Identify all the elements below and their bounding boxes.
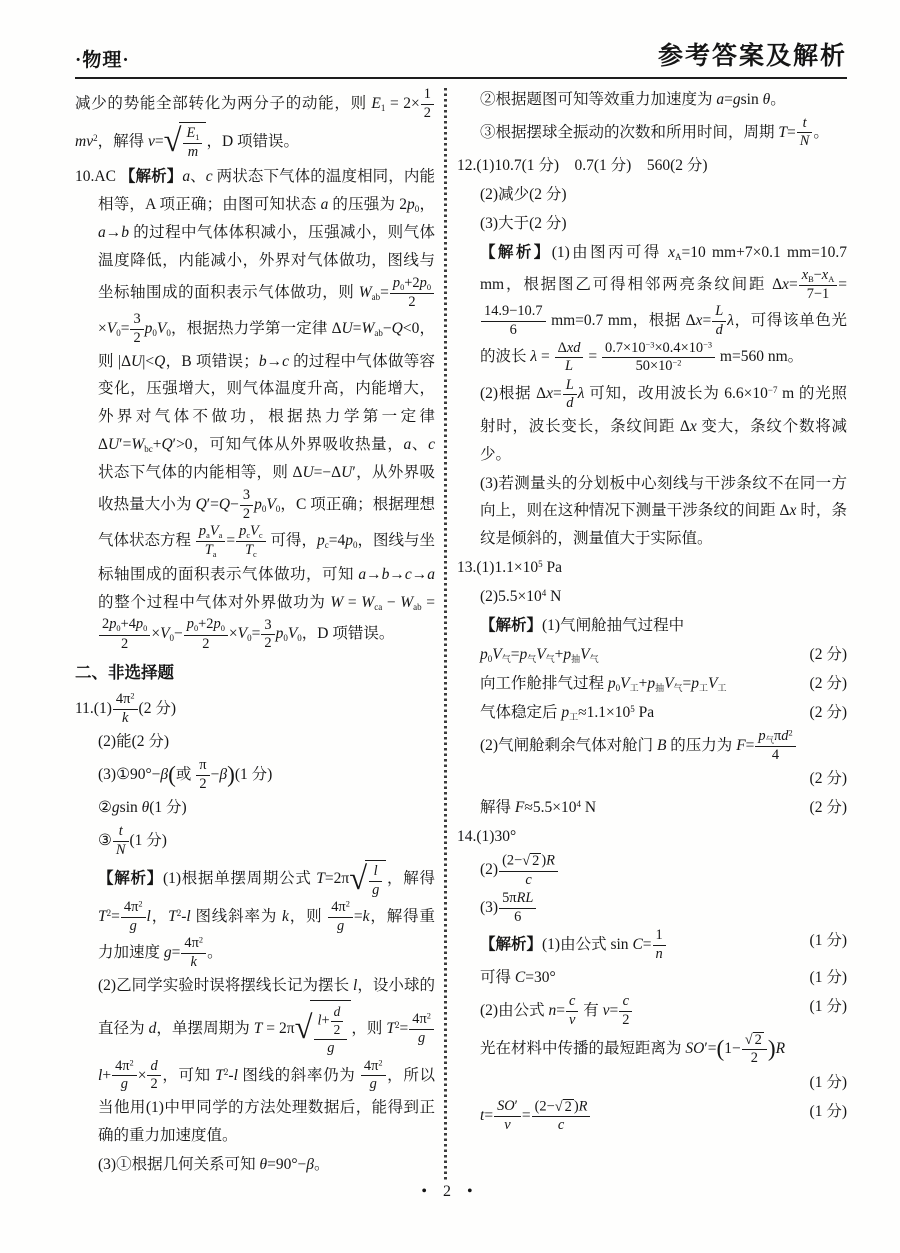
answer-sheet-page: ·物理· 参考答案及解析 减少的势能全部转化为两分子的动能，则 E1 = 2×1… xyxy=(0,0,900,1253)
section-heading: 二、非选择题 xyxy=(75,658,435,688)
text-run: (2)乙同学实验时误将摆线长记为摆长 l，设小球的直径为 d，单摆周期为 T =… xyxy=(98,977,435,1143)
paragraph: (1 分)【解析】(1)由公式 sin C=1n xyxy=(480,927,847,963)
right-column: ②根据题图可知等效重力加速度为 a=gsin θ。③根据摆球全振动的次数和所用时… xyxy=(457,86,847,1181)
score-label: (2 分) xyxy=(810,670,847,698)
text-run: (2)能(2 分) xyxy=(98,733,169,750)
text-run: 10.AC 【解析】a、c 两状态下气体的温度相同，内能相等，A 项正确；由图可… xyxy=(75,168,435,642)
page-header: ·物理· 参考答案及解析 xyxy=(75,36,847,79)
paragraph: (3)若测量头的分划板中心刻线与干涉条纹不在同一方向上，则在这种情况下测量干涉条… xyxy=(480,470,847,554)
text-run: 解得 F≈5.5×104 N xyxy=(480,799,596,816)
page-number: • 2 • xyxy=(0,1183,900,1201)
text-run: ③根据摆球全振动的次数和所用时间，周期 T=tN。 xyxy=(480,124,829,141)
paragraph: ②根据题图可知等效重力加速度为 a=gsin θ。 xyxy=(480,86,847,114)
paragraph: (2)减少(2 分) xyxy=(480,181,847,209)
text-run: 【解析】(1)由图丙可得 xA=10 mm+7×0.1 mm=10.7 mm，根… xyxy=(480,244,847,365)
text-run: (2)5.5×104 N xyxy=(480,588,561,605)
paragraph: 10.AC 【解析】a、c 两状态下气体的温度相同，内能相等，A 项正确；由图可… xyxy=(75,163,435,653)
text-run: (2)(2−√2)Rc xyxy=(480,861,559,878)
paragraph: (2)气闸舱剩余气体对舱门 B 的压力为 F=p气πd24 xyxy=(480,728,847,765)
text-run: 向工作舱排气过程 p0V工+p抽V气=p工V工 xyxy=(480,675,726,692)
paragraph: (2)能(2 分) xyxy=(98,728,435,756)
score-label: (1 分) xyxy=(810,964,847,992)
text-run: ②gsin θ(1 分) xyxy=(98,799,187,816)
score-label: (1 分) xyxy=(810,993,847,1021)
score-line: (2 分) xyxy=(480,765,847,793)
paragraph: 减少的势能全部转化为两分子的动能，则 E1 = 2×12mv2，解得 v=√E1… xyxy=(75,86,435,162)
text-run: (2 分) xyxy=(810,770,847,787)
paragraph: (2)5.5×104 N xyxy=(480,583,847,611)
text-run: 13.(1)1.1×105 Pa xyxy=(457,559,562,576)
paragraph: 【解析】(1)根据单摆周期公式 T=2π√lg，解得 T2=4π2gl，T2-l… xyxy=(98,860,435,971)
paragraph: (2)(2−√2)Rc xyxy=(480,852,847,889)
score-label: (1 分) xyxy=(810,1098,847,1126)
paragraph: (3)大于(2 分) xyxy=(480,210,847,238)
text-run: ③tN(1 分) xyxy=(98,832,167,849)
text-run: ②根据题图可知等效重力加速度为 a=gsin θ。 xyxy=(480,91,786,108)
answers-title: 参考答案及解析 xyxy=(658,36,847,72)
paragraph: 【解析】(1)由图丙可得 xA=10 mm+7×0.1 mm=10.7 mm，根… xyxy=(480,239,847,376)
text-run: t=SO′v=(2−√2)Rc xyxy=(480,1107,591,1124)
text-run: (3)①90°−β(或 π2−β)(1 分) xyxy=(98,766,272,783)
text-run: 可得 C=30° xyxy=(480,969,556,986)
paragraph: ②gsin θ(1 分) xyxy=(98,794,435,822)
paragraph: (2)乙同学实验时误将摆线长记为摆长 l，设小球的直径为 d，单摆周期为 T =… xyxy=(98,972,435,1149)
text-run: 【解析】(1)由公式 sin C=1n xyxy=(480,936,667,953)
paragraph: (2 分)气体稳定后 p工≈1.1×105 Pa xyxy=(480,699,847,727)
subject-label: ·物理· xyxy=(75,45,130,72)
left-column: 减少的势能全部转化为两分子的动能，则 E1 = 2×12mv2，解得 v=√E1… xyxy=(75,86,435,1181)
paragraph: (2)根据 Δx=Ldλ 可知，改用波长为 6.6×10−7 m 的光照射时，波… xyxy=(480,377,847,469)
text-run: 【解析】(1)根据单摆周期公式 T=2π√lg，解得 T2=4π2gl，T2-l… xyxy=(98,870,435,961)
content-columns: 减少的势能全部转化为两分子的动能，则 E1 = 2×12mv2，解得 v=√E1… xyxy=(75,86,847,1181)
text-run: (2)根据 Δx=Ldλ 可知，改用波长为 6.6×10−7 m 的光照射时，波… xyxy=(480,385,847,462)
paragraph: 光在材料中传播的最短距离为 SO′=(1−√22)R xyxy=(480,1031,847,1068)
text-run: 减少的势能全部转化为两分子的动能，则 E1 = 2×12mv2，解得 v=√E1… xyxy=(75,95,435,150)
score-label: (2 分) xyxy=(810,699,847,727)
paragraph: 【解析】(1)气闸舱抽气过程中 xyxy=(480,612,847,640)
paragraph: (2 分)p0V气=p气V气+p抽V气 xyxy=(480,641,847,669)
paragraph: (3)①根据几何关系可知 θ=90°−β。 xyxy=(98,1151,435,1179)
text-run: 光在材料中传播的最短距离为 SO′=(1−√22)R xyxy=(480,1040,785,1057)
score-label: (2 分) xyxy=(810,794,847,822)
paragraph: 11.(1)4π2k(2 分) xyxy=(75,691,435,727)
column-divider xyxy=(444,88,447,1181)
text-run: (1 分) xyxy=(810,1074,847,1091)
text-run: (3)①根据几何关系可知 θ=90°−β。 xyxy=(98,1156,330,1173)
score-line: (1 分) xyxy=(480,1069,847,1097)
text-run: 二、非选择题 xyxy=(75,663,174,682)
text-run: (2)由公式 n=cv 有 v=c2 xyxy=(480,1002,633,1019)
text-run: 14.(1)30° xyxy=(457,828,516,845)
text-run: (2)气闸舱剩余气体对舱门 B 的压力为 F=p气πd24 xyxy=(480,737,797,754)
text-run: (3)大于(2 分) xyxy=(480,215,567,232)
text-run: 【解析】(1)气闸舱抽气过程中 xyxy=(480,617,684,634)
paragraph: (1 分)可得 C=30° xyxy=(480,964,847,992)
paragraph: (2 分)解得 F≈5.5×104 N xyxy=(480,794,847,822)
score-label: (1 分) xyxy=(810,927,847,955)
paragraph: 14.(1)30° xyxy=(457,823,847,851)
paragraph: (3)5πRL6 xyxy=(480,890,847,926)
paragraph: (2 分)向工作舱排气过程 p0V工+p抽V气=p工V工 xyxy=(480,670,847,698)
score-label: (2 分) xyxy=(810,641,847,669)
text-run: (2)减少(2 分) xyxy=(480,186,567,203)
paragraph: 13.(1)1.1×105 Pa xyxy=(457,554,847,582)
text-run: 12.(1)10.7(1 分) 0.7(1 分) 560(2 分) xyxy=(457,157,708,174)
text-run: p0V气=p气V气+p抽V气 xyxy=(480,646,599,663)
paragraph: 12.(1)10.7(1 分) 0.7(1 分) 560(2 分) xyxy=(457,152,847,180)
paragraph: (1 分)t=SO′v=(2−√2)Rc xyxy=(480,1098,847,1135)
text-run: 气体稳定后 p工≈1.1×105 Pa xyxy=(480,704,654,721)
text-run: (3)5πRL6 xyxy=(480,899,537,916)
text-run: 11.(1)4π2k(2 分) xyxy=(75,700,176,717)
paragraph: ③tN(1 分) xyxy=(98,823,435,859)
text-run: (3)若测量头的分划板中心刻线与干涉条纹不在同一方向上，则在这种情况下测量干涉条… xyxy=(480,475,847,548)
paragraph: (3)①90°−β(或 π2−β)(1 分) xyxy=(98,757,435,793)
paragraph: (1 分)(2)由公式 n=cv 有 v=c2 xyxy=(480,993,847,1029)
paragraph: ③根据摆球全振动的次数和所用时间，周期 T=tN。 xyxy=(480,115,847,151)
